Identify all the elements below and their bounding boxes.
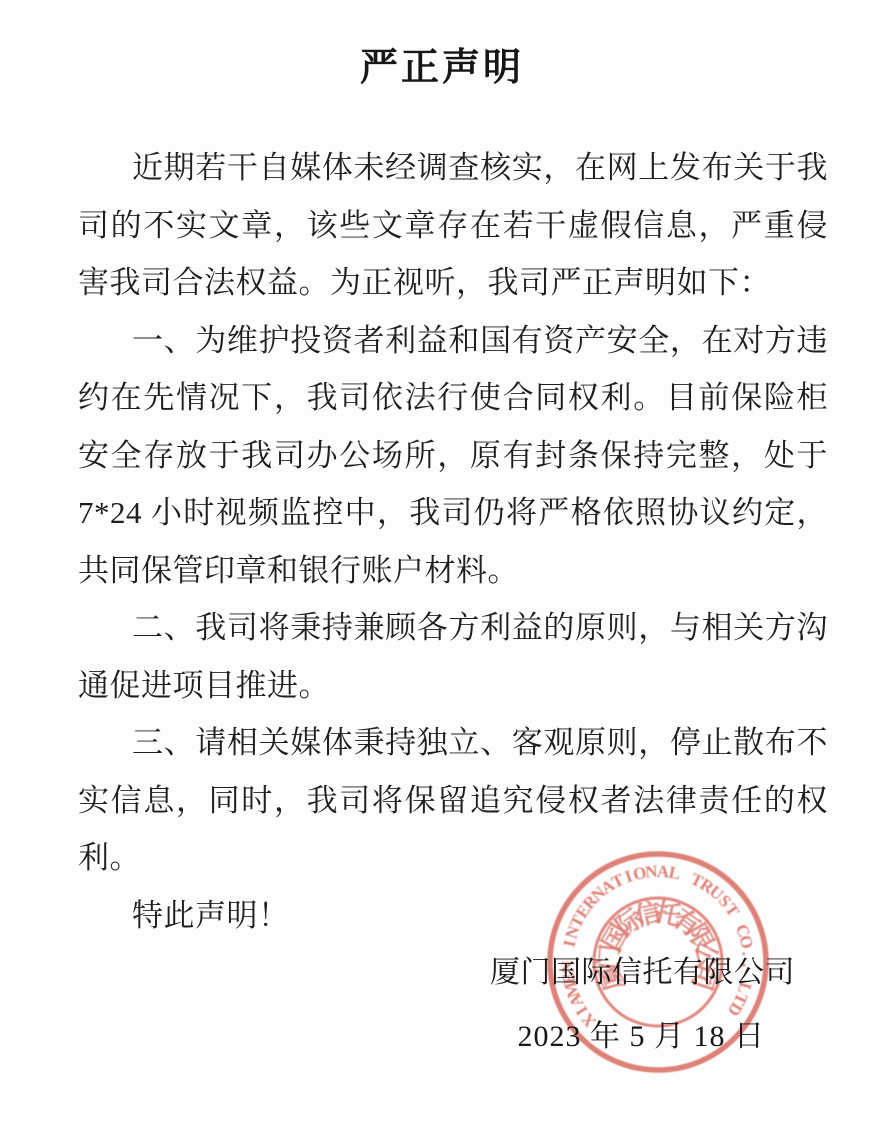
statement-body: 近期若干自媒体未经调查核实，在网上发布关于我司的不实文章，该些文章存在若干虚假信… bbox=[78, 139, 828, 944]
company-signature: 厦门国际信托有限公司 bbox=[490, 947, 795, 991]
page-title: 严正声明 bbox=[0, 36, 884, 91]
point-one-paragraph: 一、为维护投资者利益和国有资产安全，在对方违约在先情况下，我司依法行使合同权利。… bbox=[78, 312, 828, 600]
statement-date: 2023 年 5 月 18 日 bbox=[518, 1011, 766, 1055]
svg-text:L: L bbox=[667, 863, 682, 884]
intro-paragraph: 近期若干自媒体未经调查核实，在网上发布关于我司的不实文章，该些文章存在若干虚假信… bbox=[78, 139, 828, 312]
point-two-paragraph: 二、我司将秉持兼顾各方利益的原则，与相关方沟通促进项目推进。 bbox=[78, 599, 828, 714]
